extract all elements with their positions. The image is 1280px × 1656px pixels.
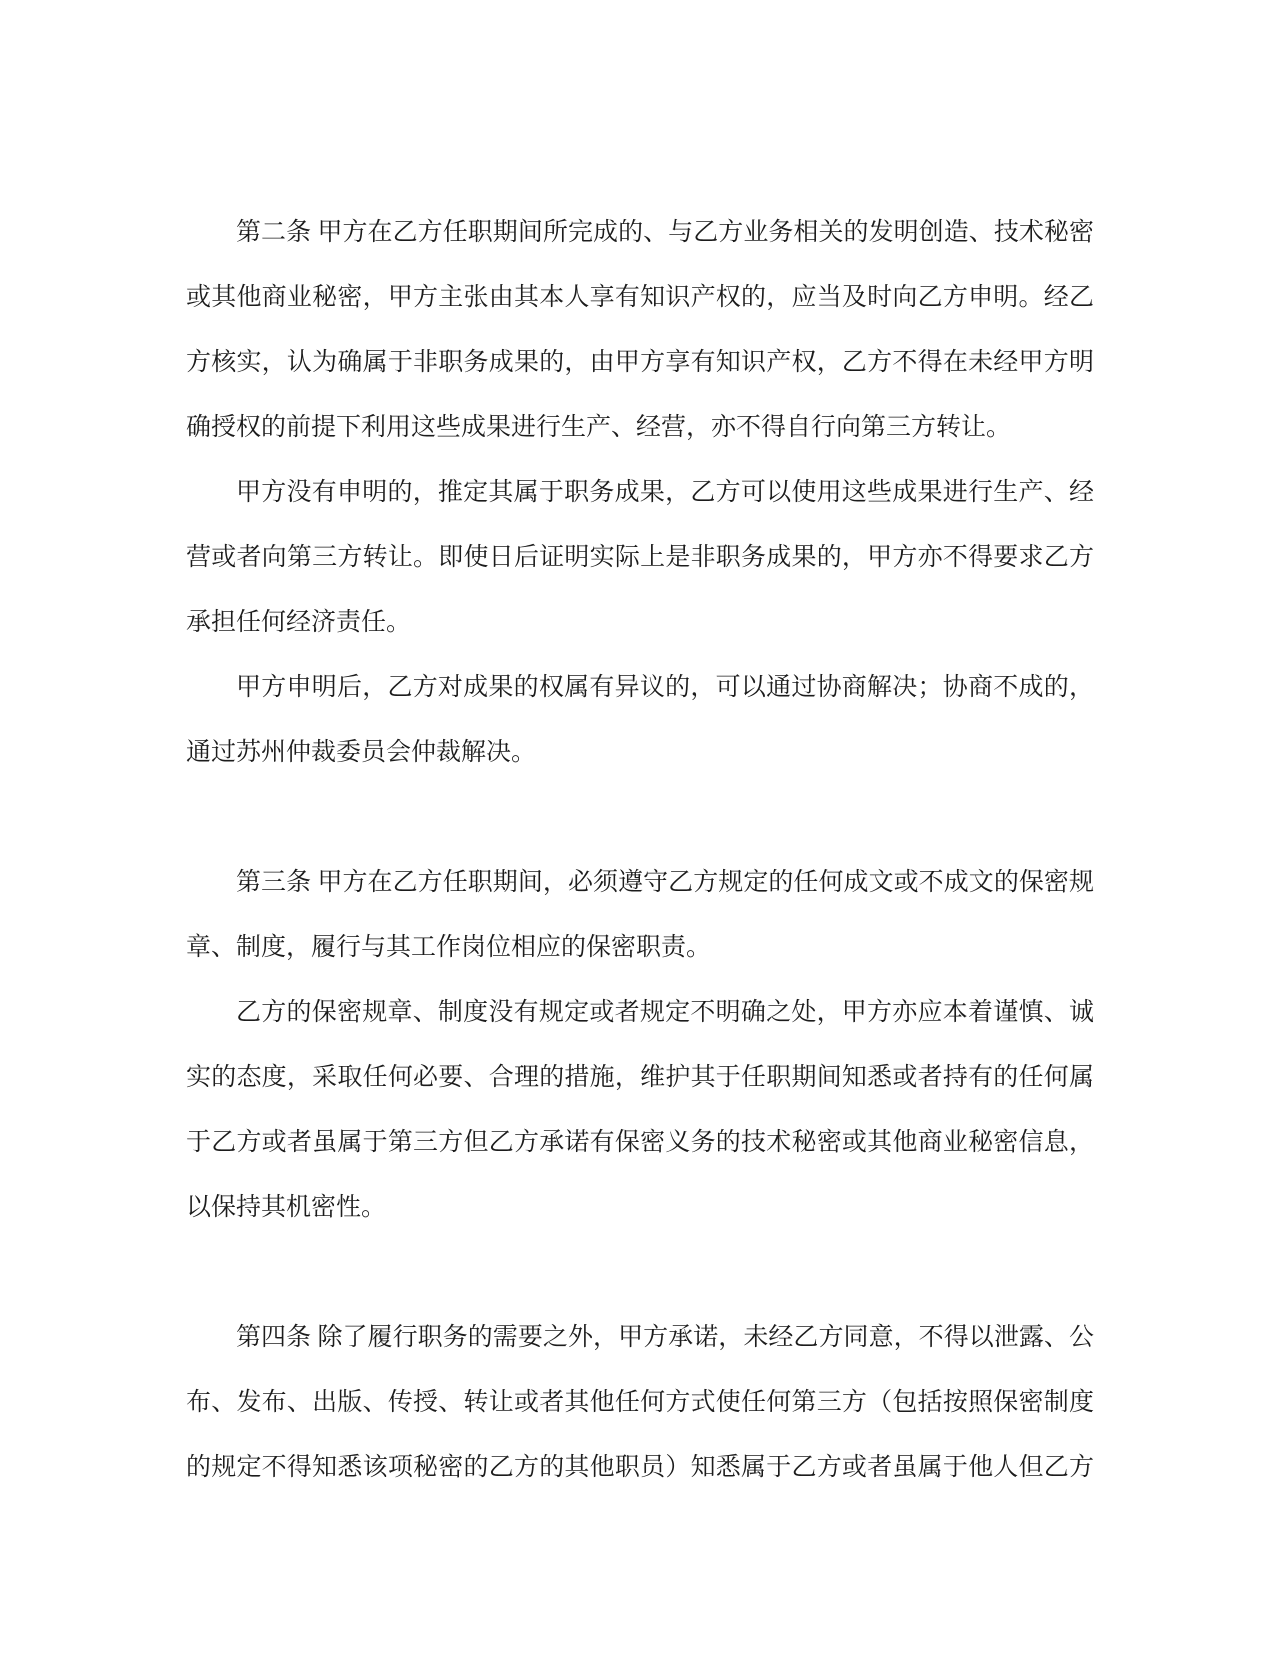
article-2-paragraph-1: 第二条 甲方在乙方任职期间所完成的、与乙方业务相关的发明创造、技术秘密或其他商业… bbox=[186, 200, 1094, 460]
article-3-paragraph-2: 乙方的保密规章、制度没有规定或者规定不明确之处，甲方亦应本着谨慎、诚实的态度，采… bbox=[186, 980, 1094, 1240]
text-line: 甲方没有申明的，推定其属于职务成果，乙方可以使用这些成果进行生产、经 bbox=[186, 460, 1094, 525]
text-line: 通过苏州仲裁委员会仲裁解决。 bbox=[186, 720, 1094, 785]
text-line: 于乙方或者虽属于第三方但乙方承诺有保密义务的技术秘密或其他商业秘密信息， bbox=[186, 1110, 1094, 1175]
article-3-paragraph-1: 第三条 甲方在乙方任职期间，必须遵守乙方规定的任何成文或不成文的保密规章、制度，… bbox=[186, 850, 1094, 980]
text-line: 营或者向第三方转让。即使日后证明实际上是非职务成果的，甲方亦不得要求乙方 bbox=[186, 525, 1094, 590]
text-line: 的规定不得知悉该项秘密的乙方的其他职员）知悉属于乙方或者虽属于他人但乙方 bbox=[186, 1435, 1094, 1500]
text-line: 或其他商业秘密，甲方主张由其本人享有知识产权的，应当及时向乙方申明。经乙 bbox=[186, 265, 1094, 330]
text-line: 布、发布、出版、传授、转让或者其他任何方式使任何第三方（包括按照保密制度 bbox=[186, 1370, 1094, 1435]
text-line: 第二条 甲方在乙方任职期间所完成的、与乙方业务相关的发明创造、技术秘密 bbox=[186, 200, 1094, 265]
section-gap bbox=[186, 1240, 1094, 1305]
text-line: 甲方申明后，乙方对成果的权属有异议的，可以通过协商解决；协商不成的， bbox=[186, 655, 1094, 720]
text-line: 实的态度，采取任何必要、合理的措施，维护其于任职期间知悉或者持有的任何属 bbox=[186, 1045, 1094, 1110]
article-4-paragraph-1: 第四条 除了履行职务的需要之外，甲方承诺，未经乙方同意，不得以泄露、公布、发布、… bbox=[186, 1305, 1094, 1500]
article-2-paragraph-2: 甲方没有申明的，推定其属于职务成果，乙方可以使用这些成果进行生产、经营或者向第三… bbox=[186, 460, 1094, 655]
document-page: 第二条 甲方在乙方任职期间所完成的、与乙方业务相关的发明创造、技术秘密或其他商业… bbox=[0, 0, 1280, 1656]
text-line: 方核实，认为确属于非职务成果的，由甲方享有知识产权，乙方不得在未经甲方明 bbox=[186, 330, 1094, 395]
text-line: 章、制度，履行与其工作岗位相应的保密职责。 bbox=[186, 915, 1094, 980]
article-2-paragraph-3: 甲方申明后，乙方对成果的权属有异议的，可以通过协商解决；协商不成的，通过苏州仲裁… bbox=[186, 655, 1094, 785]
text-line: 第三条 甲方在乙方任职期间，必须遵守乙方规定的任何成文或不成文的保密规 bbox=[186, 850, 1094, 915]
text-line: 以保持其机密性。 bbox=[186, 1175, 1094, 1240]
text-line: 确授权的前提下利用这些成果进行生产、经营，亦不得自行向第三方转让。 bbox=[186, 395, 1094, 460]
text-line: 乙方的保密规章、制度没有规定或者规定不明确之处，甲方亦应本着谨慎、诚 bbox=[186, 980, 1094, 1045]
contract-body: 第二条 甲方在乙方任职期间所完成的、与乙方业务相关的发明创造、技术秘密或其他商业… bbox=[186, 200, 1094, 1500]
section-gap bbox=[186, 785, 1094, 850]
text-line: 第四条 除了履行职务的需要之外，甲方承诺，未经乙方同意，不得以泄露、公 bbox=[186, 1305, 1094, 1370]
text-line: 承担任何经济责任。 bbox=[186, 590, 1094, 655]
